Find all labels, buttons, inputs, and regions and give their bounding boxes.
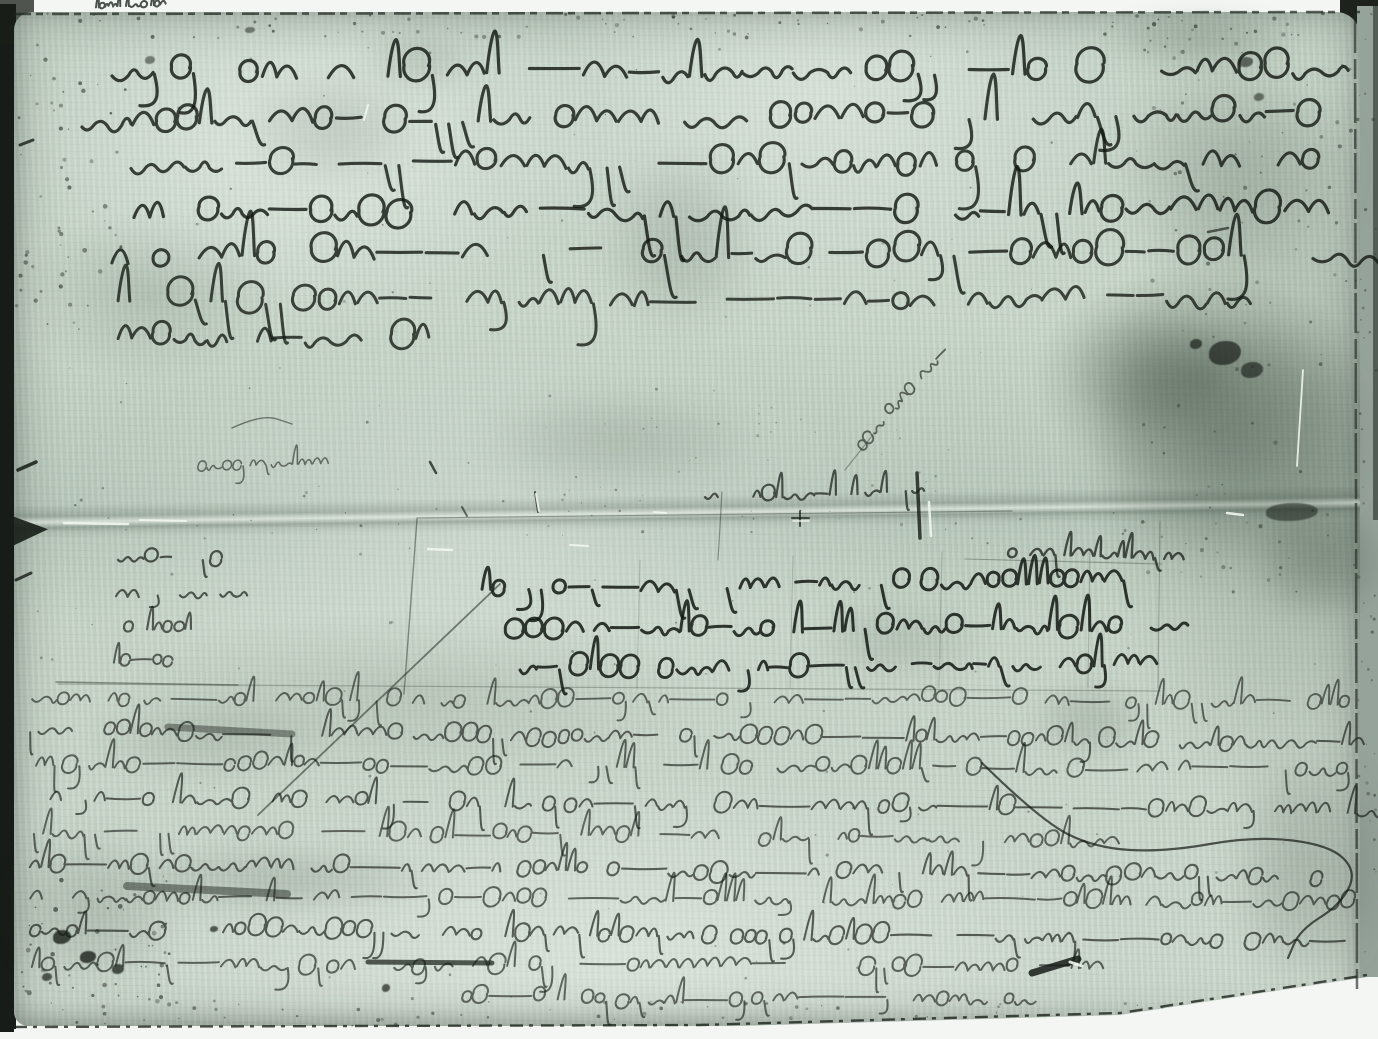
ink-smear [168,727,292,734]
handwritten-line [124,607,194,632]
ink-marks [16,140,1228,973]
edge-tick [18,462,36,470]
leaf-right-edge [1355,13,1357,993]
dash [1208,228,1228,232]
handwritten-line [28,670,1353,730]
pencil-grid [56,436,1162,815]
handwritten-line [115,590,248,607]
glint [654,512,666,513]
glints [64,105,1303,966]
tick [430,462,436,473]
leaf-top-edge [14,12,1360,14]
handwritten-line [96,0,166,9]
handwritten-line [110,27,1350,114]
handwritten-line [28,938,1107,996]
edge-tick [20,140,33,145]
handwritten-line [129,128,1320,213]
glint [1227,513,1243,515]
handwritten-line [30,804,1124,869]
glint [64,523,128,524]
handwritten-line [854,344,949,452]
glint [570,545,588,546]
glint [428,549,452,550]
tick [462,507,467,516]
strikethrough [368,962,492,963]
edge-tick [16,573,31,580]
center-block [480,555,1190,695]
leaf-edges [14,12,1378,1039]
ink-smear [127,886,287,894]
handwriting-overlay [0,0,1378,1039]
glint [929,502,931,536]
handwritten-line [116,548,223,577]
fold-tick [917,473,920,538]
manuscript-photo: Black-and-white photograph of a folded p… [0,0,1378,1039]
handwritten-line [704,468,926,515]
glint [1297,370,1303,466]
glint [364,105,368,120]
handwritten-line [480,555,1135,622]
handwritten-line [80,73,1322,159]
handwritten-line [28,868,1359,923]
handwritten-line [118,319,430,350]
handwritten-line [116,260,1253,347]
top-text-block [80,27,1378,350]
photo-backdrop-bottom [14,977,1378,1039]
glint [140,520,186,521]
small-arc [232,418,292,428]
handwritten-line [110,204,1378,304]
handwritten-line [114,643,175,667]
flourish-curve [982,763,1352,958]
handwritten-line [503,595,1190,662]
handwritten-line [196,445,329,485]
